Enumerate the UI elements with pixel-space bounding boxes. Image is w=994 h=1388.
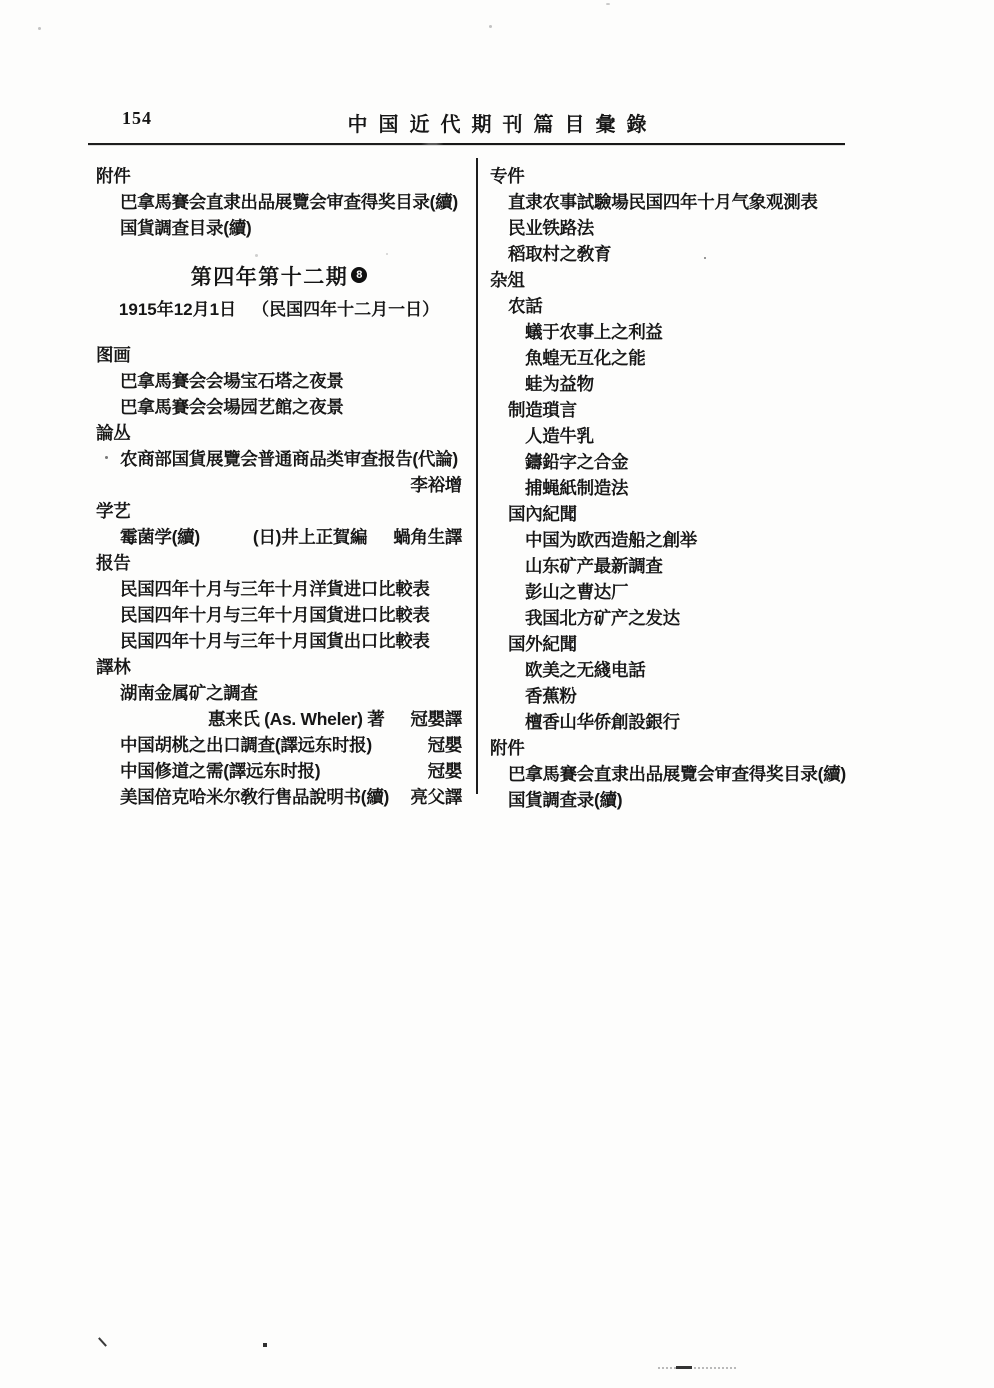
- toc-contributor: (日)井上正賀編: [253, 524, 367, 550]
- toc-author: 蝸角生譯: [393, 524, 462, 550]
- toc-column-right: 专件直隶农事試驗場民国四年十月气象观測表民业铁路法稻取村之敎育杂俎农話蟻于农事上…: [490, 163, 848, 813]
- toc-entry: 欧美之无綫电話: [490, 657, 848, 683]
- running-title: 中国近代期刊篇目彙錄: [0, 108, 994, 137]
- toc-entry: 中国胡桃之出口調查(譯远东时报)冠嬰: [96, 732, 462, 758]
- toc-entry: 巴拿馬賽会会場宝石塔之夜景: [96, 368, 462, 394]
- toc-entry-text: 中国修道之需(譯远东时报): [120, 758, 320, 784]
- toc-section-title: 图画: [96, 342, 462, 368]
- toc-entry: 美国倍克哈米尔敎行售品說明书(續)亮父譯: [96, 784, 462, 810]
- toc-entry: 直隶农事試驗場民国四年十月气象观測表: [490, 189, 848, 215]
- toc-entry: 人造牛乳: [490, 423, 848, 449]
- toc-entry-text: 民国四年十月与三年十月洋貨进口比較表: [120, 576, 430, 602]
- toc-entry: 巴拿馬賽会直隶出品展覽会审查得奖目录(續): [490, 761, 848, 787]
- toc-entry-text: 民国四年十月与三年十月国貨进口比較表: [120, 602, 430, 628]
- toc-entry: 中国修道之需(譯远东时报)冠嬰: [96, 758, 462, 784]
- toc-entry: 稻取村之敎育: [490, 241, 848, 267]
- toc-entry-text: 欧美之无綫电話: [525, 657, 645, 683]
- column-divider: [476, 158, 478, 794]
- toc-entry-text: 学艺: [96, 498, 130, 524]
- toc-entry: 巴拿馬賽会直隶出品展覽会审查得奖目录(續): [96, 189, 462, 215]
- toc-column-left: 附件巴拿馬賽会直隶出品展覽会审查得奖目录(續)国貨調查目录(續)第四年第十二期8…: [96, 163, 462, 810]
- toc-entry-text: 湖南金属矿之調查: [120, 680, 258, 706]
- toc-entry-text: 檀香山华侨創設銀行: [525, 709, 680, 735]
- toc-entry: 鑄鉛字之合金: [490, 449, 848, 475]
- scan-plus-mark: [263, 1343, 267, 1347]
- toc-section-title: 专件: [490, 163, 848, 189]
- toc-entry: 霉菌学(續)(日)井上正賀編蝸角生譯: [96, 524, 462, 550]
- toc-entry: 农商部国貨展覽会普通商品类审查报告(代論): [96, 446, 462, 472]
- scan-speck: [105, 456, 108, 459]
- toc-entry: 民国四年十月与三年十月洋貨进口比較表: [96, 576, 462, 602]
- toc-entry-text: 民业铁路法: [508, 215, 594, 241]
- toc-entry: 我国北方矿产之发达: [490, 605, 848, 631]
- toc-entry: 惠来氏 (As. Wheler) 著冠嬰譯: [96, 706, 462, 732]
- toc-entry-text: 我国北方矿产之发达: [525, 605, 680, 631]
- toc-entry-text: 霉菌学(續): [120, 524, 200, 550]
- toc-entry: 国外紀聞: [490, 631, 848, 657]
- toc-entry: 湖南金属矿之調查: [96, 680, 462, 706]
- toc-entry-text: 巴拿馬賽会直隶出品展覽会审查得奖目录(續): [120, 189, 458, 215]
- toc-entry: 国內紀聞: [490, 501, 848, 527]
- scan-smudge: [676, 1366, 692, 1369]
- scan-slash-mark: [98, 1337, 107, 1347]
- toc-section-title: 論丛: [96, 420, 462, 446]
- toc-entry: 国貨調查录(續): [490, 787, 848, 813]
- toc-entry-text: 国貨調查目录(續): [120, 215, 251, 241]
- toc-author: 亮父譯: [410, 784, 462, 810]
- toc-section-title: 附件: [490, 735, 848, 761]
- toc-entry-text: 譯林: [96, 654, 130, 680]
- toc-entry: 民业铁路法: [490, 215, 848, 241]
- toc-entry-text: 国外紀聞: [508, 631, 577, 657]
- toc-entry: 制造瑣言: [490, 397, 848, 423]
- toc-section-title: 附件: [96, 163, 462, 189]
- toc-entry: 农話: [490, 293, 848, 319]
- toc-entry: 巴拿馬賽会会場园艺館之夜景: [96, 394, 462, 420]
- toc-entry-text: 魚蝗无互化之能: [525, 345, 645, 371]
- toc-entry-text: 巴拿馬賽会会場宝石塔之夜景: [120, 368, 344, 394]
- toc-entry-text: 附件: [96, 163, 130, 189]
- toc-entry-text: 农商部国貨展覽会普通商品类审查报告(代論): [120, 446, 458, 472]
- toc-entry-text: 专件: [490, 163, 524, 189]
- toc-entry: 蛙为益物: [490, 371, 848, 397]
- toc-entry-text: 报告: [96, 550, 130, 576]
- toc-entry-text: 捕蝇紙制造法: [525, 475, 628, 501]
- toc-entry-text: 香蕉粉: [525, 683, 577, 709]
- toc-entry-text: 彭山之曹达厂: [525, 579, 628, 605]
- issue-date-gregorian: 1915年12月1日: [119, 300, 236, 319]
- toc-section-title: 报告: [96, 550, 462, 576]
- toc-entry: 民国四年十月与三年十月国貨出口比較表: [96, 628, 462, 654]
- toc-entry: 香蕉粉: [490, 683, 848, 709]
- toc-author: 冠嬰: [428, 732, 462, 758]
- scanned-page: 154 中国近代期刊篇目彙錄 附件巴拿馬賽会直隶出品展覽会审查得奖目录(續)国貨…: [0, 0, 994, 1388]
- toc-entry-text: 鑄鉛字之合金: [525, 449, 628, 475]
- issue-heading: 第四年第十二期8: [96, 261, 462, 295]
- toc-entry-text: 制造瑣言: [508, 397, 577, 423]
- scan-speck: [38, 27, 41, 30]
- toc-entry-text: 美国倍克哈米尔敎行售品說明书(續): [120, 784, 389, 810]
- toc-entry-text: 国內紀聞: [508, 501, 577, 527]
- toc-entry: 捕蝇紙制造法: [490, 475, 848, 501]
- toc-entry: 檀香山华侨創設銀行: [490, 709, 848, 735]
- toc-entry-text: 附件: [490, 735, 524, 761]
- toc-entry: 中国为欧西造船之創举: [490, 527, 848, 553]
- issue-date-minguo: （民国四年十二月一日）: [252, 300, 439, 319]
- toc-entry-text: 蛙为益物: [525, 371, 594, 397]
- toc-author: 李裕增: [410, 472, 462, 498]
- scan-speck: [386, 253, 388, 255]
- toc-section-title: 譯林: [96, 654, 462, 680]
- toc-entry: 山东矿产最新調查: [490, 553, 848, 579]
- scan-speck: [255, 254, 258, 257]
- scan-speck: [704, 257, 706, 259]
- toc-entry-text: 直隶农事試驗場民国四年十月气象观測表: [508, 189, 818, 215]
- toc-entry-text: 山东矿产最新調查: [525, 553, 663, 579]
- toc-contributor: 惠来氏 (As. Wheler) 著: [208, 706, 384, 732]
- issue-date: 1915年12月1日（民国四年十二月一日）: [96, 295, 462, 325]
- toc-entry-text: 农話: [508, 293, 542, 319]
- scan-smudge: [658, 1367, 736, 1369]
- toc-entry-text: 論丛: [96, 420, 130, 446]
- toc-entry-text: 中国胡桃之出口調查(譯远东时报): [120, 732, 372, 758]
- toc-entry-text: 巴拿馬賽会直隶出品展覽会审查得奖目录(續): [508, 761, 846, 787]
- toc-entry: 蟻于农事上之利益: [490, 319, 848, 345]
- toc-entry-text: 图画: [96, 342, 130, 368]
- toc-entry-text: 稻取村之敎育: [508, 241, 611, 267]
- toc-author-line: 李裕增: [96, 472, 462, 498]
- toc-entry-text: 杂俎: [490, 267, 524, 293]
- toc-author: 冠嬰: [428, 758, 462, 784]
- toc-entry-text: 中国为欧西造船之創举: [525, 527, 697, 553]
- scan-speck: [489, 25, 492, 28]
- toc-entry: 魚蝗无互化之能: [490, 345, 848, 371]
- toc-section-title: 学艺: [96, 498, 462, 524]
- toc-entry: 民国四年十月与三年十月国貨进口比較表: [96, 602, 462, 628]
- toc-entry-text: 人造牛乳: [525, 423, 594, 449]
- toc-entry-text: 民国四年十月与三年十月国貨出口比較表: [120, 628, 430, 654]
- toc-entry-text: 巴拿馬賽会会場园艺館之夜景: [120, 394, 344, 420]
- scan-speck: [606, 3, 610, 5]
- toc-entry-text: 国貨調查录(續): [508, 787, 622, 813]
- toc-entry-text: 蟻于农事上之利益: [525, 319, 663, 345]
- toc-section-title: 杂俎: [490, 267, 848, 293]
- toc-author: 冠嬰譯: [410, 706, 462, 732]
- footnote-marker-icon: 8: [351, 267, 367, 283]
- toc-entry: 彭山之曹达厂: [490, 579, 848, 605]
- header-rule: [88, 143, 845, 145]
- toc-entry: 国貨調查目录(續): [96, 215, 462, 241]
- issue-heading-text: 第四年第十二期: [191, 266, 349, 289]
